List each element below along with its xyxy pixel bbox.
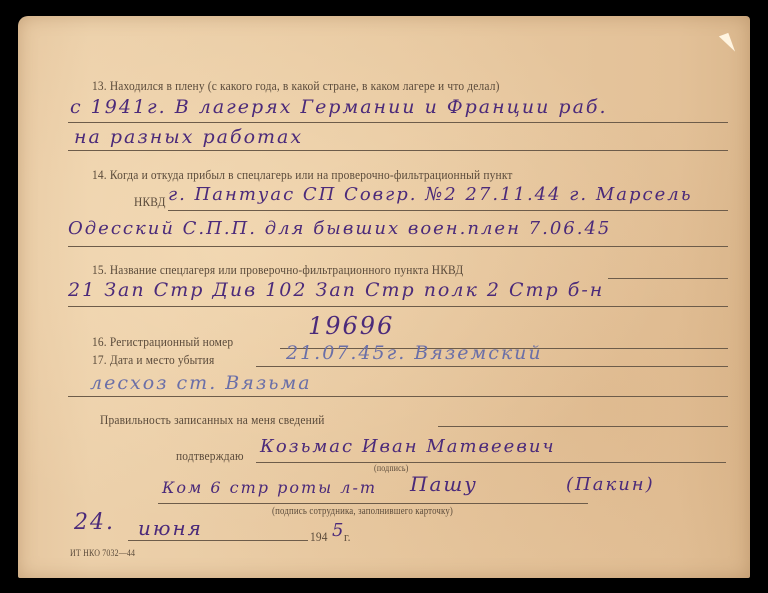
field-14-label: 14. Когда и откуда прибыл в спецлагерь и… bbox=[92, 167, 513, 183]
field-13-value-line1: с 1941г. В лагерях Германии и Франции ра… bbox=[70, 96, 608, 118]
signature-caption: (подпись) bbox=[374, 463, 408, 473]
field-13-value-line2: на разных работах bbox=[74, 126, 303, 148]
confirmation-line1 bbox=[438, 426, 728, 427]
field-15-value: 21 Зап Стр Див 102 Зап Стр полк 2 Стр б-… bbox=[68, 279, 604, 301]
officer-name: (Пакин) bbox=[566, 474, 655, 495]
print-code: ИТ НКО 7032—44 bbox=[70, 548, 135, 558]
field-14-value-line2: Одесский С.П.П. для бывших воен.плен 7.0… bbox=[68, 218, 611, 239]
field-13-line1 bbox=[68, 122, 728, 123]
field-13-line2 bbox=[68, 150, 728, 151]
field-14-line1 bbox=[168, 210, 728, 211]
date-month: июня bbox=[138, 516, 203, 540]
confirmation-confirm-label: подтверждаю bbox=[176, 448, 244, 464]
date-year-suffix: г. bbox=[344, 529, 351, 545]
field-17-value-line2: лесхоз ст. Вязьма bbox=[90, 372, 312, 394]
field-16-label: 16. Регистрационный номер bbox=[92, 334, 233, 350]
confirmation-label: Правильность записанных на меня сведений bbox=[100, 412, 325, 428]
field-15-label: 15. Название спецлагеря или проверочно-ф… bbox=[92, 262, 463, 278]
date-year-prefix: 194 bbox=[310, 529, 328, 545]
officer-line bbox=[158, 503, 588, 504]
field-17-label: 17. Дата и место убытия bbox=[92, 352, 214, 368]
field-14-label-prefix: НКВД bbox=[134, 194, 166, 210]
field-15-line1 bbox=[68, 306, 728, 307]
field-13-label: 13. Находился в плену (с какого года, в … bbox=[92, 78, 500, 94]
field-14-line2 bbox=[68, 246, 728, 247]
field-14-value-line1: г. Пантуас СП Совгр. №2 27.11.44 г. Марс… bbox=[168, 184, 693, 205]
field-17-line2 bbox=[68, 396, 728, 397]
field-17-line1 bbox=[256, 366, 728, 367]
field-17-value-line1: 21.07.45г. Вяземский bbox=[286, 342, 543, 364]
date-day: 24. bbox=[74, 510, 115, 535]
registration-card: 13. Находился в плену (с какого года, в … bbox=[18, 16, 750, 578]
confirmant-signature: Козьмас Иван Матвеевич bbox=[260, 436, 556, 457]
field-16-value: 19696 bbox=[308, 312, 394, 340]
officer-position: Ком 6 стр роты л-т bbox=[162, 478, 377, 497]
field-15-line0 bbox=[608, 278, 728, 279]
officer-caption: (подпись сотрудника, заполнившего карточ… bbox=[272, 506, 453, 517]
officer-signature: Пашу bbox=[410, 472, 478, 496]
confirmation-signature-line bbox=[256, 462, 726, 463]
date-line bbox=[128, 540, 308, 541]
folded-corner bbox=[719, 33, 735, 55]
